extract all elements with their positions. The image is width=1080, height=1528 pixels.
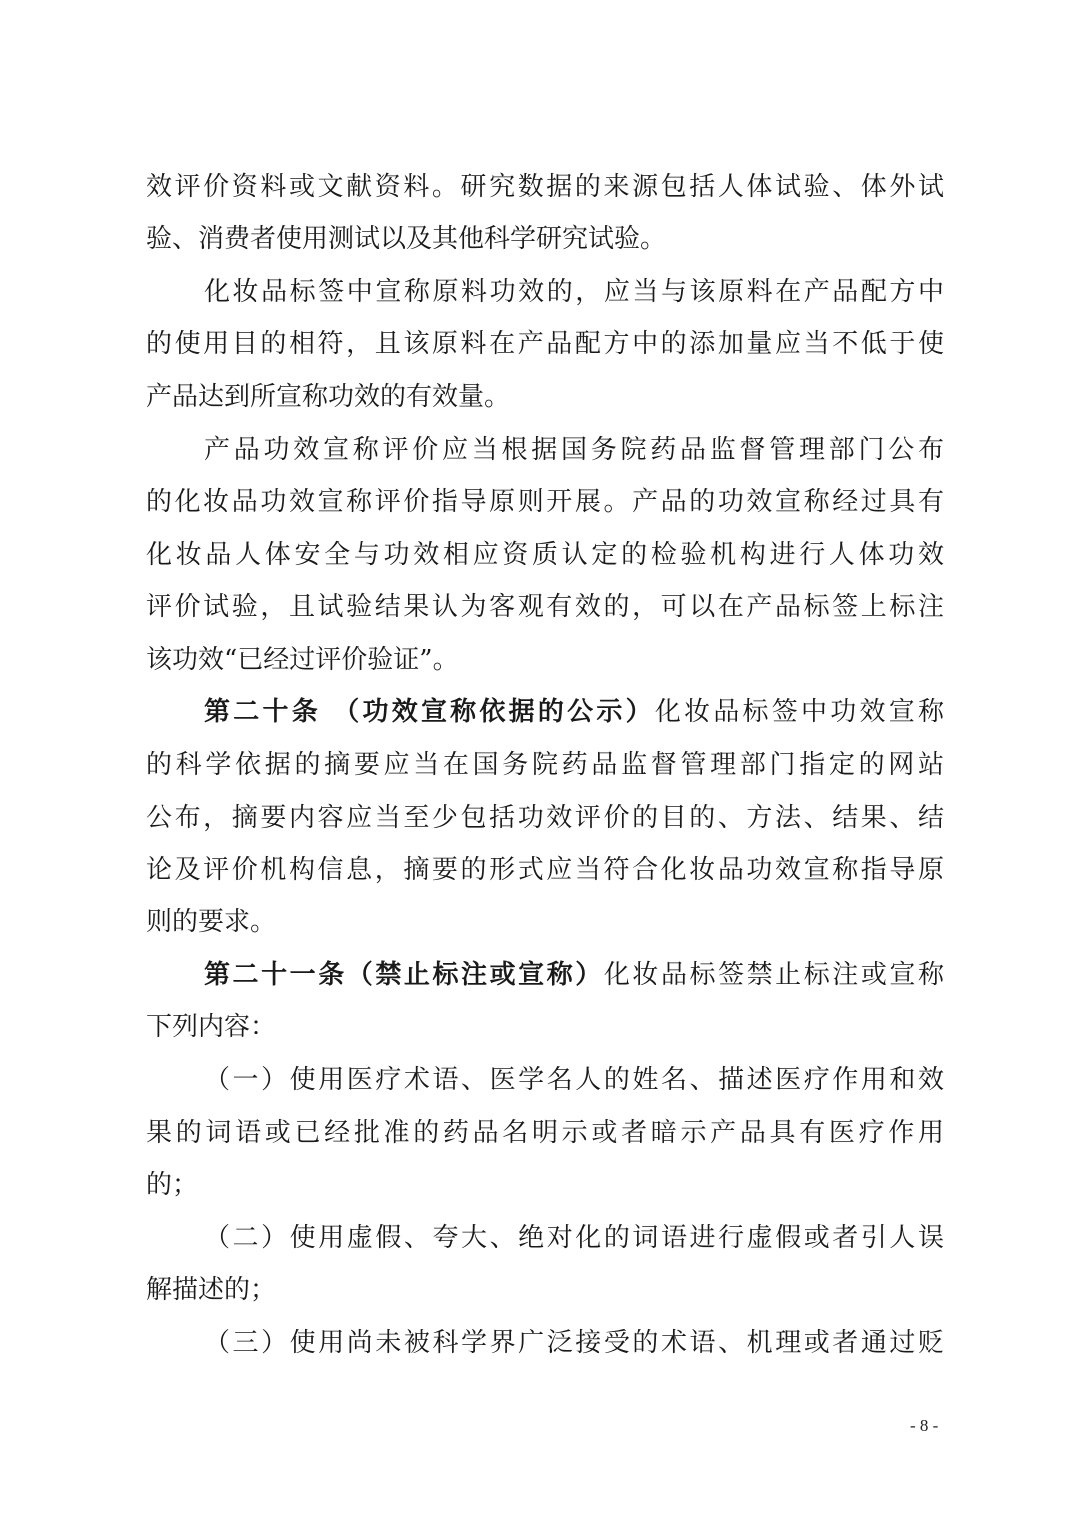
document-page: 效评价资料或文献资料。研究数据的来源包括人体试验、体外试 验、消费者使用测试以及… (0, 0, 1080, 1528)
text-line: 则的要求。 (146, 902, 944, 942)
list-item-1-line: （一）使用医疗术语、医学名人的姓名、描述医疗作用和效 (204, 1060, 944, 1100)
article-20-title: 第二十条 （功效宣称依据的公示） (204, 697, 655, 727)
text-line: 评价试验，且试验结果认为客观有效的，可以在产品标签上标注 (146, 587, 944, 627)
article-21-heading-line: 第二十一条（禁止标注或宣称）化妆品标签禁止标注或宣称 (204, 955, 944, 995)
text-line: 论及评价机构信息，摘要的形式应当符合化妆品功效宣称指导原 (146, 850, 944, 890)
list-item-2-line: （二）使用虚假、夸大、绝对化的词语进行虚假或者引人误 (204, 1218, 944, 1258)
article-21-title: 第二十一条（禁止标注或宣称） (204, 960, 604, 990)
text-line: 下列内容： (146, 1007, 944, 1047)
article-20-heading-line: 第二十条 （功效宣称依据的公示）化妆品标签中功效宣称 (204, 692, 944, 732)
page-number: - 8 - (910, 1416, 938, 1436)
text-line: 的； (146, 1165, 944, 1205)
text-line: 效评价资料或文献资料。研究数据的来源包括人体试验、体外试 (146, 167, 944, 207)
text-line: 果的词语或已经批准的药品名明示或者暗示产品具有医疗作用 (146, 1113, 944, 1153)
article-20-text: 化妆品标签中功效宣称 (655, 697, 944, 727)
text-line: 产品达到所宣称功效的有效量。 (146, 377, 944, 417)
text-line: 解描述的； (146, 1270, 944, 1310)
text-line: 该功效“已经过评价验证”。 (146, 640, 944, 680)
text-line: 公布，摘要内容应当至少包括功效评价的目的、方法、结果、结 (146, 798, 944, 838)
text-line: 的科学依据的摘要应当在国务院药品监督管理部门指定的网站 (146, 745, 944, 785)
paragraph-start-line: 化妆品标签中宣称原料功效的，应当与该原料在产品配方中 (204, 272, 944, 312)
text-line: 验、消费者使用测试以及其他科学研究试验。 (146, 219, 944, 259)
text-line: 的使用目的相符，且该原料在产品配方中的添加量应当不低于使 (146, 324, 944, 364)
article-21-text: 化妆品标签禁止标注或宣称 (604, 960, 944, 990)
text-line: 化妆品人体安全与功效相应资质认定的检验机构进行人体功效 (146, 535, 944, 575)
paragraph-start-line: 产品功效宣称评价应当根据国务院药品监督管理部门公布 (204, 430, 944, 470)
list-item-3-line: （三）使用尚未被科学界广泛接受的术语、机理或者通过贬 (204, 1323, 944, 1363)
text-line: 的化妆品功效宣称评价指导原则开展。产品的功效宣称经过具有 (146, 482, 944, 522)
